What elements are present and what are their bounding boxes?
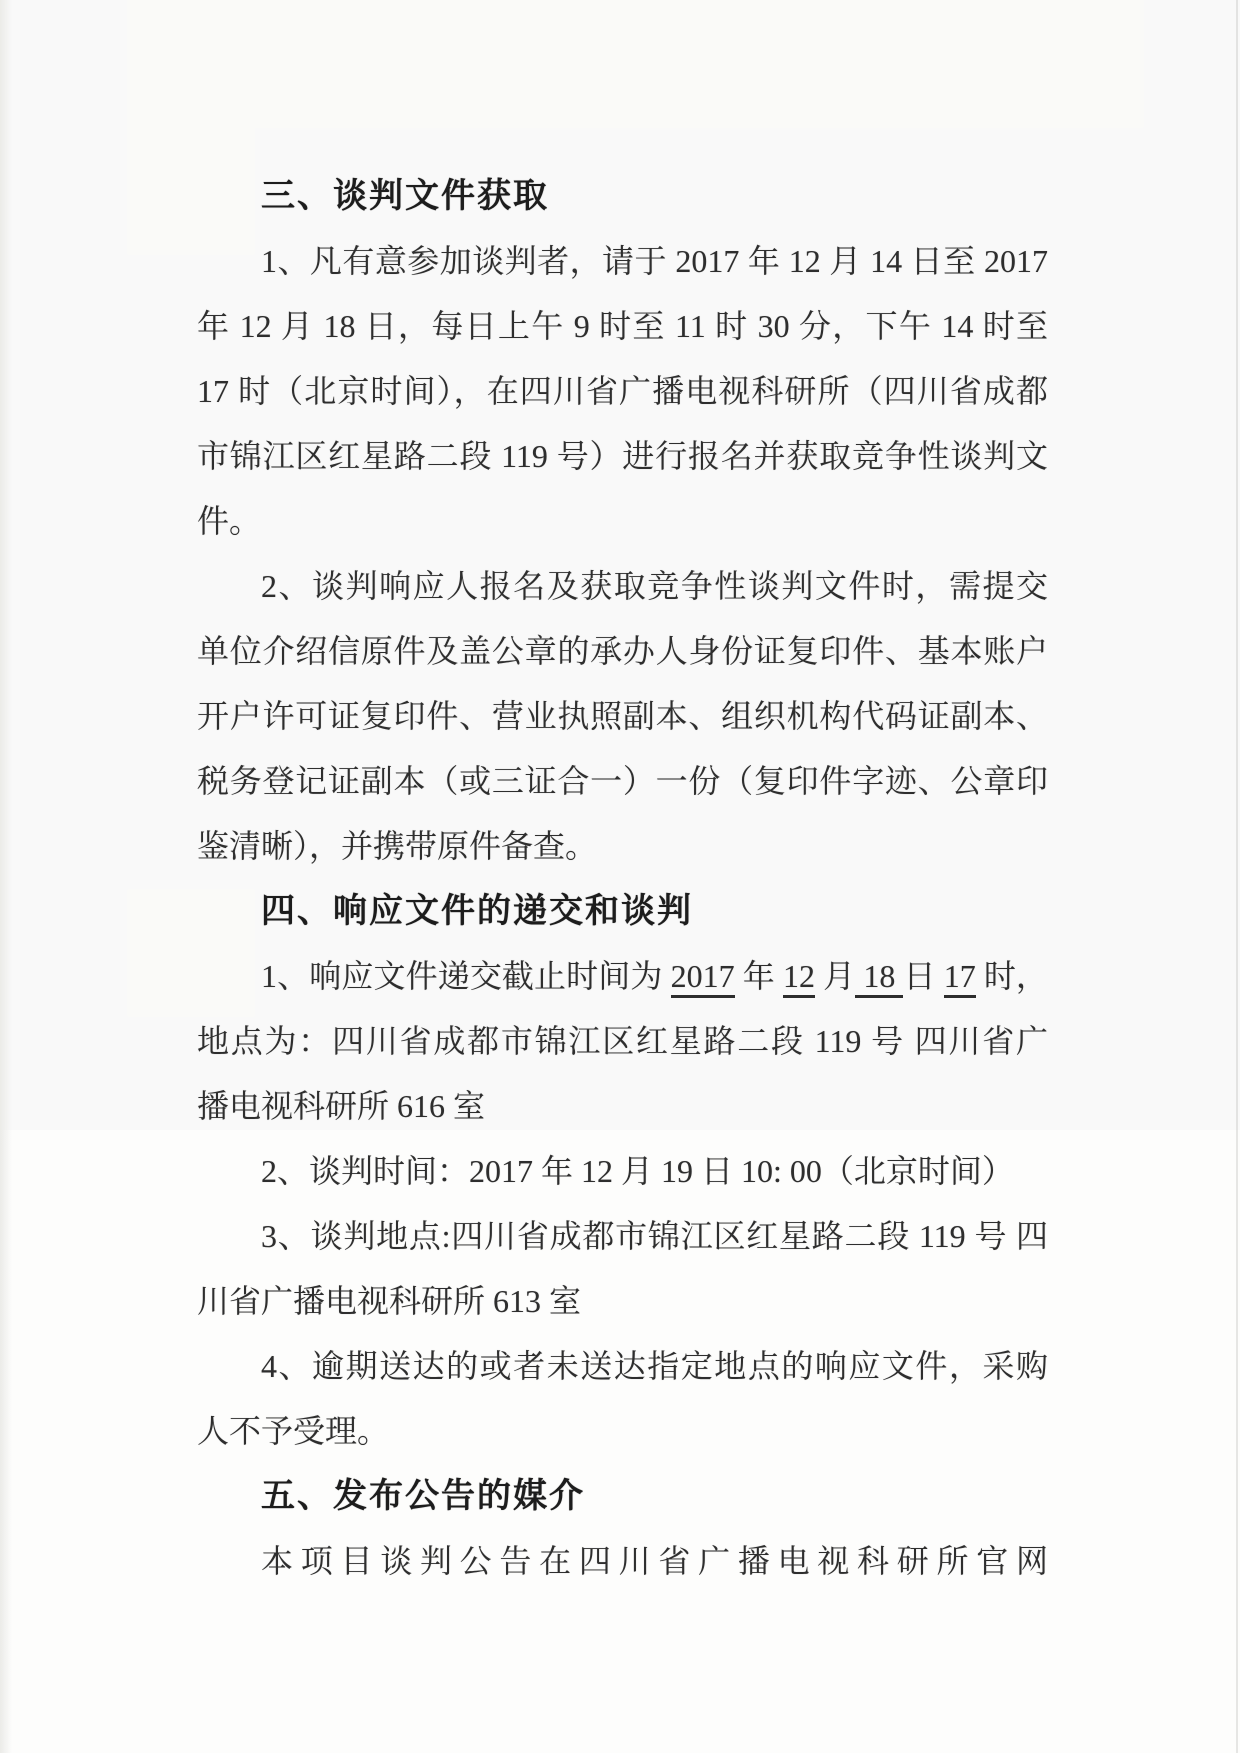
text-segment: 本项目谈判公告在四川省广播电视科研所官网 bbox=[261, 1543, 1048, 1579]
text-line: 4、逾期送达的或者未送达指定地点的响应文件，采购 bbox=[197, 1334, 1048, 1399]
section-heading: 四、响应文件的递交和谈判 bbox=[197, 879, 1048, 944]
text-segment: 年 bbox=[735, 958, 783, 994]
text-segment: 年 12 月 18 日，每日上午 9 时至 11 时 30 分，下午 14 时至 bbox=[197, 308, 1048, 344]
text-segment: 鉴清晰），并携带原件备查。 bbox=[197, 828, 597, 864]
text-column: 三、谈判文件获取1、凡有意参加谈判者，请于 2017 年 12 月 14 日至 … bbox=[197, 164, 1048, 1594]
text-line: 地点为：四川省成都市锦江区红星路二段 119 号 四川省广 bbox=[197, 1009, 1048, 1074]
text-segment: 开户许可证复印件、营业执照副本、组织机构代码证副本、 bbox=[197, 698, 1048, 734]
text-segment: 时， bbox=[976, 958, 1048, 994]
text-line: 17 时（北京时间），在四川省广播电视科研所（四川省成都 bbox=[197, 359, 1048, 424]
text-segment: 2、谈判响应人报名及获取竞争性谈判文件时，需提交 bbox=[261, 568, 1048, 604]
underlined-value: 2017 bbox=[671, 958, 735, 998]
text-segment: 税务登记证副本（或三证合一）一份（复印件字迹、公章印 bbox=[197, 763, 1048, 799]
underlined-value: 17 bbox=[944, 958, 976, 998]
text-segment: 4、逾期送达的或者未送达指定地点的响应文件，采购 bbox=[261, 1348, 1048, 1384]
document-page: 三、谈判文件获取1、凡有意参加谈判者，请于 2017 年 12 月 14 日至 … bbox=[0, 0, 1240, 1753]
text-line: 川省广播电视科研所 613 室 bbox=[197, 1269, 1048, 1334]
text-segment: 日 bbox=[903, 958, 943, 994]
text-line: 本项目谈判公告在四川省广播电视科研所官网 bbox=[197, 1529, 1048, 1594]
text-segment: 件。 bbox=[197, 503, 261, 539]
text-line: 开户许可证复印件、营业执照副本、组织机构代码证副本、 bbox=[197, 684, 1048, 749]
section-heading: 五、发布公告的媒介 bbox=[197, 1464, 1048, 1529]
text-line: 件。 bbox=[197, 489, 1048, 554]
section-heading: 三、谈判文件获取 bbox=[197, 164, 1048, 229]
text-line: 年 12 月 18 日，每日上午 9 时至 11 时 30 分，下午 14 时至 bbox=[197, 294, 1048, 359]
text-segment: 3、谈判地点:四川省成都市锦江区红星路二段 119 号 四 bbox=[261, 1218, 1048, 1254]
underlined-value: 18 bbox=[855, 958, 903, 998]
text-line: 鉴清晰），并携带原件备查。 bbox=[197, 814, 1048, 879]
text-segment: 川省广播电视科研所 613 室 bbox=[197, 1283, 581, 1319]
text-line: 人不予受理。 bbox=[197, 1399, 1048, 1464]
text-segment: 2、谈判时间：2017 年 12 月 19 日 10: 00（北京时间） bbox=[261, 1153, 1014, 1189]
text-segment: 17 时（北京时间），在四川省广播电视科研所（四川省成都 bbox=[197, 373, 1048, 409]
scan-background: { "page": { "kind": "scanned-document", … bbox=[0, 0, 1240, 1753]
text-segment: 四、响应文件的递交和谈判 bbox=[261, 892, 693, 930]
text-segment: 1、凡有意参加谈判者，请于 2017 年 12 月 14 日至 2017 bbox=[261, 243, 1048, 279]
underlined-value: 12 bbox=[783, 958, 815, 998]
text-segment: 人不予受理。 bbox=[197, 1413, 389, 1449]
text-segment: 地点为：四川省成都市锦江区红星路二段 119 号 四川省广 bbox=[197, 1023, 1048, 1059]
text-line: 1、凡有意参加谈判者，请于 2017 年 12 月 14 日至 2017 bbox=[197, 229, 1048, 294]
text-line: 2、谈判时间：2017 年 12 月 19 日 10: 00（北京时间） bbox=[197, 1139, 1048, 1204]
text-segment: 播电视科研所 616 室 bbox=[197, 1088, 485, 1124]
scan-edge-left bbox=[0, 0, 12, 1753]
text-line: 播电视科研所 616 室 bbox=[197, 1074, 1048, 1139]
scan-edge-right bbox=[1236, 0, 1238, 1753]
text-segment: 月 bbox=[815, 958, 855, 994]
text-segment: 市锦江区红星路二段 119 号）进行报名并获取竞争性谈判文 bbox=[197, 438, 1048, 474]
text-line: 2、谈判响应人报名及获取竞争性谈判文件时，需提交 bbox=[197, 554, 1048, 619]
text-line: 单位介绍信原件及盖公章的承办人身份证复印件、基本账户 bbox=[197, 619, 1048, 684]
text-line: 市锦江区红星路二段 119 号）进行报名并获取竞争性谈判文 bbox=[197, 424, 1048, 489]
text-segment: 三、谈判文件获取 bbox=[261, 177, 549, 215]
text-segment: 单位介绍信原件及盖公章的承办人身份证复印件、基本账户 bbox=[197, 633, 1048, 669]
text-line: 税务登记证副本（或三证合一）一份（复印件字迹、公章印 bbox=[197, 749, 1048, 814]
text-line: 3、谈判地点:四川省成都市锦江区红星路二段 119 号 四 bbox=[197, 1204, 1048, 1269]
text-segment: 五、发布公告的媒介 bbox=[261, 1477, 585, 1515]
text-line: 1、响应文件递交截止时间为 2017 年 12 月 18 日 17 时， bbox=[197, 944, 1048, 1009]
text-segment: 1、响应文件递交截止时间为 bbox=[261, 958, 671, 994]
